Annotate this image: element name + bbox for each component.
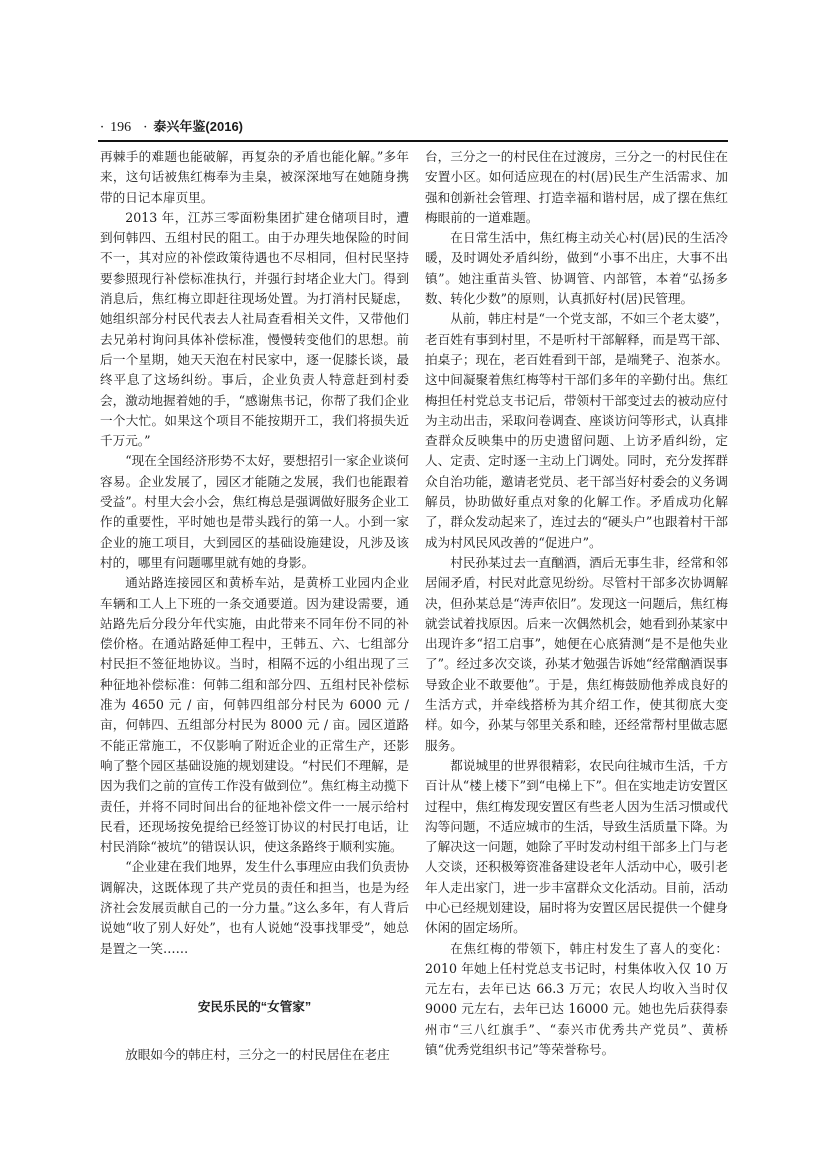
page-number: 196 <box>110 120 131 135</box>
paragraph: “现在全国经济形势不太好，要想招引一家企业谈何容易。企业发展了，园区才能随之发展… <box>100 451 409 573</box>
right-column: 台，三分之一的村民住在过渡房，三分之一的村民住在安置小区。如何适应现在的村(居)… <box>425 147 728 1060</box>
paragraph: 在焦红梅的带领下，韩庄村发生了喜人的变化：2010 年她上任村党总支书记时，村集… <box>425 939 728 1061</box>
header-rule <box>98 140 728 142</box>
section-heading: 安民乐民的“女管家” <box>100 997 409 1017</box>
paragraph: 村民孙某过去一直酗酒，酒后无事生非，经常和邻居闹矛盾，村民对此意见纷纷。尽管村干… <box>425 553 728 756</box>
running-header: ·196 ·泰兴年鉴(2016) <box>100 117 243 137</box>
paragraph: 2013 年，江苏三零面粉集团扩建仓储项目时，遭到何韩四、五组村民的阻工。由于办… <box>100 208 409 452</box>
paragraph: 通站路连接园区和黄桥车站，是黄桥工业园内企业车辆和工人上下班的一条交通要道。因为… <box>100 573 409 857</box>
left-column: 再棘手的难题也能破解，再复杂的矛盾也能化解。”多年来，这句话被焦红梅奉为圭臬，被… <box>100 147 409 1065</box>
paragraph: 从前，韩庄村是“一个党支部，不如三个老太婆”，老百姓有事到村里，不是听村干部解释… <box>425 309 728 553</box>
book-title: 泰兴年鉴(2016) <box>153 119 243 134</box>
paragraph: “企业建在我们地界，发生什么事理应由我们负责协调解决，这既体现了共产党员的责任和… <box>100 857 409 958</box>
bullet-glyph: · <box>143 118 147 138</box>
paragraph: 都说城里的世界很精彩，农民向往城市生活，千方百计从“楼上楼下”到“电梯上下”。但… <box>425 756 728 939</box>
paragraph: 放眼如今的韩庄村，三分之一的村民居住在老庄 <box>100 1045 409 1065</box>
paragraph: 在日常生活中，焦红梅主动关心村(居)民的生活冷暖，及时调处矛盾纠纷，做到“小事不… <box>425 228 728 309</box>
bullet-glyph: · <box>100 118 104 138</box>
paragraph: 台，三分之一的村民住在过渡房，三分之一的村民住在安置小区。如何适应现在的村(居)… <box>425 147 728 228</box>
paragraph: 再棘手的难题也能破解，再复杂的矛盾也能化解。”多年来，这句话被焦红梅奉为圭臬，被… <box>100 147 409 208</box>
